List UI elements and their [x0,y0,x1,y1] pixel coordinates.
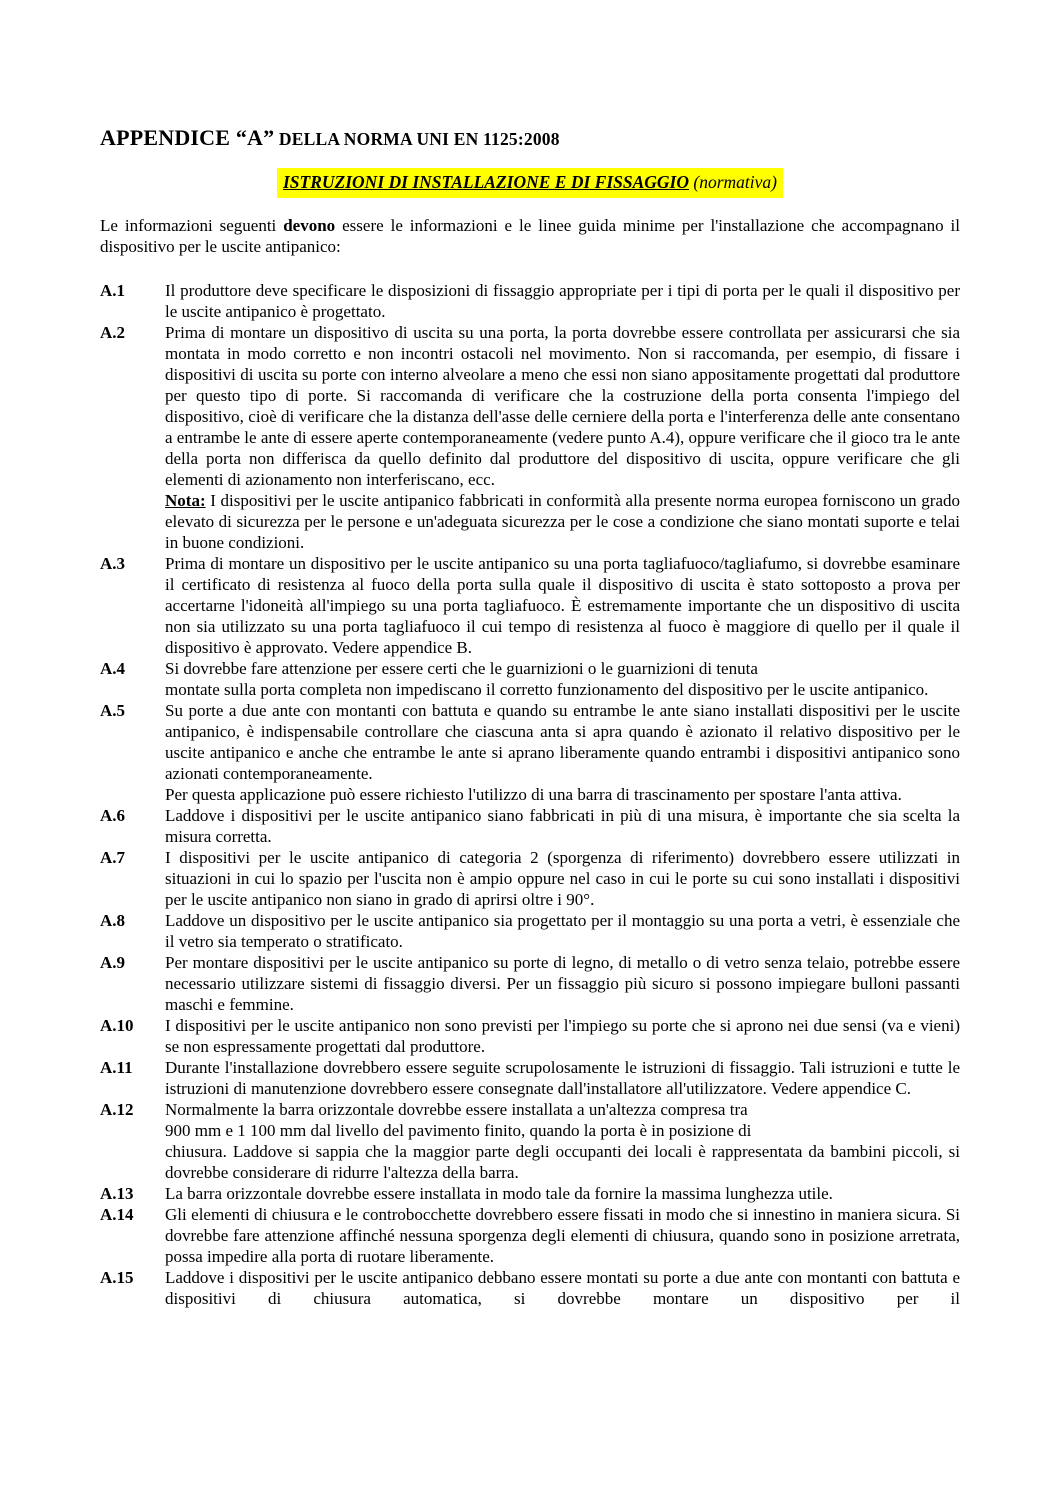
list-item: A.4Si dovrebbe fare attenzione per esser… [100,658,960,700]
item-paragraph: Durante l'installazione dovrebbero esser… [165,1057,960,1099]
item-label: A.3 [100,553,165,658]
subtitle-bold-text: ISTRUZIONI DI INSTALLAZIONE E DI FISSAGG… [283,172,689,192]
nota-label: Nota: [165,491,206,510]
item-body: Prima di montare un dispositivo per le u… [165,553,960,658]
item-paragraph: Su porte a due ante con montanti con bat… [165,700,960,784]
item-label: A.14 [100,1204,165,1267]
item-paragraph: Nota: I dispositivi per le uscite antipa… [165,490,960,553]
list-item: A.8Laddove un dispositivo per le uscite … [100,910,960,952]
item-body: Laddove i dispositivi per le uscite anti… [165,1267,960,1309]
item-label: A.10 [100,1015,165,1057]
item-label: A.15 [100,1267,165,1309]
item-paragraph: I dispositivi per le uscite antipanico n… [165,1015,960,1057]
item-paragraph: Per montare dispositivi per le uscite an… [165,952,960,1015]
item-paragraph: Normalmente la barra orizzontale dovrebb… [165,1099,960,1183]
item-label: A.9 [100,952,165,1015]
item-label: A.7 [100,847,165,910]
item-label: A.5 [100,700,165,805]
list-item: A.2Prima di montare un dispositivo di us… [100,322,960,553]
item-paragraph: Si dovrebbe fare attenzione per essere c… [165,658,960,700]
item-paragraph: Laddove i dispositivi per le uscite anti… [165,1267,960,1309]
subtitle-line: ISTRUZIONI DI INSTALLAZIONE E DI FISSAGG… [100,168,960,198]
item-body: Su porte a due ante con montanti con bat… [165,700,960,805]
item-body: Laddove i dispositivi per le uscite anti… [165,805,960,847]
item-paragraph: Il produttore deve specificare le dispos… [165,280,960,322]
list-item: A.9Per montare dispositivi per le uscite… [100,952,960,1015]
item-paragraph: I dispositivi per le uscite antipanico d… [165,847,960,910]
intro-text-before: Le informazioni seguenti [100,216,283,235]
list-item: A.1Il produttore deve specificare le dis… [100,280,960,322]
item-label: A.12 [100,1099,165,1183]
item-body: I dispositivi per le uscite antipanico n… [165,1015,960,1057]
item-label: A.13 [100,1183,165,1204]
item-body: I dispositivi per le uscite antipanico d… [165,847,960,910]
intro-text-bold: devono [283,216,335,235]
item-paragraph: Per questa applicazione può essere richi… [165,784,960,805]
list-item: A.15Laddove i dispositivi per le uscite … [100,1267,960,1309]
list-item: A.7I dispositivi per le uscite antipanic… [100,847,960,910]
item-paragraph: Prima di montare un dispositivo di uscit… [165,322,960,490]
document-page: APPENDICE “A” DELLA NORMA UNI EN 1125:20… [0,0,1058,1497]
page-title-suffix: DELLA NORMA UNI EN 1125:2008 [274,129,559,149]
list-item: A.13La barra orizzontale dovrebbe essere… [100,1183,960,1204]
page-title-main: APPENDICE “A” [100,125,274,150]
list-item: A.11Durante l'installazione dovrebbero e… [100,1057,960,1099]
item-label: A.11 [100,1057,165,1099]
list-item: A.5Su porte a due ante con montanti con … [100,700,960,805]
item-body: Prima di montare un dispositivo di uscit… [165,322,960,553]
item-paragraph: Laddove i dispositivi per le uscite anti… [165,805,960,847]
item-body: La barra orizzontale dovrebbe essere ins… [165,1183,960,1204]
list-item: A.6Laddove i dispositivi per le uscite a… [100,805,960,847]
item-body: Laddove un dispositivo per le uscite ant… [165,910,960,952]
list-item: A.10I dispositivi per le uscite antipani… [100,1015,960,1057]
page-title: APPENDICE “A” DELLA NORMA UNI EN 1125:20… [100,124,960,154]
item-body: Normalmente la barra orizzontale dovrebb… [165,1099,960,1183]
item-paragraph: Prima di montare un dispositivo per le u… [165,553,960,658]
item-label: A.8 [100,910,165,952]
item-label: A.2 [100,322,165,553]
item-label: A.1 [100,280,165,322]
list-item: A.12Normalmente la barra orizzontale dov… [100,1099,960,1183]
items-list: A.1Il produttore deve specificare le dis… [100,280,960,1309]
item-paragraph: Laddove un dispositivo per le uscite ant… [165,910,960,952]
item-body: Si dovrebbe fare attenzione per essere c… [165,658,960,700]
intro-paragraph: Le informazioni seguenti devono essere l… [100,215,960,257]
subtitle-normativa-text: (normativa) [689,172,777,192]
item-body: Per montare dispositivi per le uscite an… [165,952,960,1015]
item-body: Gli elementi di chiusura e le controbocc… [165,1204,960,1267]
item-label: A.6 [100,805,165,847]
item-paragraph: Gli elementi di chiusura e le controbocc… [165,1204,960,1267]
list-item: A.14Gli elementi di chiusura e le contro… [100,1204,960,1267]
item-body: Durante l'installazione dovrebbero esser… [165,1057,960,1099]
item-paragraph: La barra orizzontale dovrebbe essere ins… [165,1183,960,1204]
item-label: A.4 [100,658,165,700]
item-body: Il produttore deve specificare le dispos… [165,280,960,322]
subtitle-highlight: ISTRUZIONI DI INSTALLAZIONE E DI FISSAGG… [277,168,783,198]
list-item: A.3Prima di montare un dispositivo per l… [100,553,960,658]
